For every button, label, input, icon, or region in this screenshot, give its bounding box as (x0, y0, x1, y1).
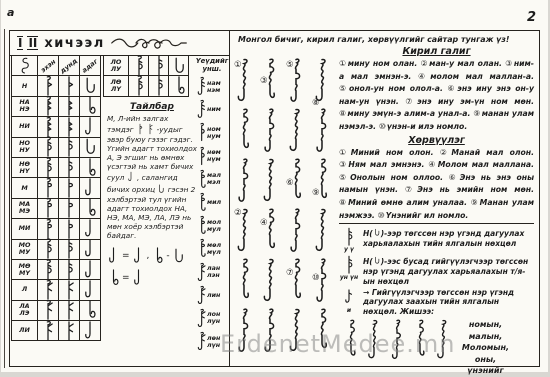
position-header-label: адаг (81, 57, 100, 74)
w2-glyph (195, 238, 207, 259)
letter-label-text: НҮ (20, 168, 30, 175)
v3-glyph (312, 108, 332, 156)
page-frame: I II хичээл эхэндундадагННАНЭНИНОНУНӨНҮМ… (9, 30, 540, 367)
v1-glyph (312, 208, 332, 256)
letter-label-text: МҮ (19, 270, 30, 277)
sentence-text: молом мал маллан-а. (430, 72, 534, 81)
syllable-word: нэм (207, 87, 221, 94)
grammar-notes: у үН()-ээр төгссөн нэр үгэнд дагуулах ха… (339, 227, 534, 316)
syllable-word: мул (207, 226, 221, 233)
v1-glyph (260, 258, 280, 306)
sOb2-glyph (342, 255, 356, 275)
syllable-text: намнэм (207, 80, 221, 94)
letter-label: ЛАЛЭ (11, 300, 38, 321)
sentence-text: Миний өмнө алим уналаа. (348, 198, 471, 207)
sentence-text: мину ном олан. (348, 59, 421, 68)
sentence-text: онол-ун ном олол-а. (349, 84, 447, 93)
sentence-text: Миний ном олон. (351, 148, 440, 157)
syllable-text: нөмнүм (207, 149, 221, 163)
letter-label-text: ЛУ (111, 66, 121, 73)
syllable-drill: Үеүдийг унш. намнэмнимномнумнөмнүммалмэл… (195, 58, 229, 353)
roman-numeral-two: II (27, 36, 38, 50)
syllable-drill-heading: Үеүдийг унш. (195, 58, 229, 73)
note-text-body: )-ээр төгссөн нэр үгэнд дагуулах харьяал… (363, 229, 524, 248)
letter-label: НИ (11, 116, 38, 137)
sentence-number: ⑤ (339, 173, 349, 182)
left-region: I II хичээл эхэндундадагННАНЭНИНОНУНӨНҮМ… (10, 31, 229, 366)
syllable-item: ним (195, 98, 229, 121)
v2-glyph (312, 158, 332, 206)
syllable-text: ланлэн (207, 265, 220, 279)
letter-row: ЛӨЛҮ (104, 76, 189, 96)
orkhits-glyph-icon (157, 183, 165, 195)
w4-glyph (195, 331, 207, 352)
sentence-number: ⑩ (379, 122, 386, 131)
sU-glyph (172, 246, 185, 266)
v2-glyph (260, 208, 280, 256)
syllable-text: малмэл (207, 172, 221, 186)
sentence-number: ① (339, 148, 350, 157)
note-text-pre: Н( (363, 229, 373, 238)
sentence-text: Ням мал эмнэнэ. (348, 160, 428, 169)
khorvuuleg-sentences: ①Миний ном олон. ②Манай мал олон. ③Ням м… (339, 147, 534, 223)
letter-table-extension: ЛОЛУЛӨЛҮ (104, 56, 189, 97)
letter-label-text: НУ (19, 147, 29, 154)
v1-glyph (286, 108, 306, 156)
w4-glyph (195, 262, 207, 283)
syllable-word: мэл (207, 179, 221, 186)
syllable-text: ним (207, 106, 221, 113)
syllable-word: лун (207, 318, 220, 325)
note-text: Н()-ээр төгссөн нэр үгэнд дагуулах харья… (363, 227, 534, 253)
letter-form-cell (128, 75, 149, 96)
sTail-glyph (83, 319, 97, 343)
sOb2-glyph (342, 227, 356, 247)
letter-table: эхэндундадагННАНЭНИНОНУНӨНҮММАМЭМИМОМУМӨ… (12, 56, 101, 341)
syllable-text: лөнлүн (207, 335, 220, 349)
syllable-word: мил (207, 199, 221, 206)
sentence-number: ④ (428, 160, 436, 169)
sufU-glyph (373, 255, 381, 267)
grammar-note: ун үнН()-ээс бусад гийгүүлэгчээр төгссөн… (339, 255, 534, 286)
syllable-word: лэн (207, 272, 220, 279)
syllable-item: малмэл (195, 168, 229, 191)
sCurl-glyph (172, 74, 186, 98)
sentence-text: ман-у мал олан. (429, 59, 505, 68)
note-text: → Гийгүүлэгчээр төгссөн нэр үгэнд дагуул… (363, 288, 534, 316)
galig-heading: Кирил галиг (339, 46, 534, 57)
w3-glyph (195, 122, 207, 143)
syllable-text: молмул (207, 219, 221, 233)
syllable-word: мол (207, 219, 221, 226)
sentence-text: Онолын ном оллоо. (350, 173, 449, 182)
braid-glyph-icon (146, 123, 154, 135)
sentence-number: ⑦ (405, 185, 416, 194)
syllable-word: лон (207, 311, 220, 318)
sentence-number: ③ (339, 160, 347, 169)
instruction-line: Монгол бичиг, кирил галиг, хөрвүүлгийг с… (230, 31, 539, 44)
v1-glyph (260, 158, 280, 206)
khorvuuleg-heading: Хөрвүүлэг (339, 135, 534, 146)
letter-label-text: Л (22, 286, 27, 293)
position-header-label: дунд (59, 57, 79, 75)
letter-label: ЛОЛУ (103, 55, 129, 76)
letter-label: НОНУ (11, 137, 38, 158)
note-text-body: → Гийгүүлэгчээр төгссөн нэр үгэнд дагуул… (363, 288, 514, 316)
w1-glyph (195, 76, 207, 97)
letter-label-text: Н (22, 83, 27, 90)
circled-number: ② (234, 208, 242, 218)
letter-label-text: МИ (19, 225, 31, 232)
letter-label: МӨМҮ (11, 259, 38, 280)
letter-row: ЛИ (12, 321, 101, 341)
syllable-item: молмул (195, 214, 229, 237)
letter-label: НАНЭ (11, 96, 38, 117)
v3-glyph (234, 158, 254, 206)
sentence-number: ⑥ (447, 84, 456, 93)
v2-glyph (234, 258, 254, 306)
sentence-number: ⑧ (339, 198, 347, 207)
roman-numeral-one: I (17, 36, 23, 50)
sufI-glyph (342, 288, 356, 308)
equation-line: =,- (107, 246, 197, 266)
note-marker-latin: и (339, 308, 359, 314)
sentence-text: мину эмүн-э алим-а унал-а. (347, 109, 473, 118)
sentence-number: ④ (418, 72, 429, 81)
letter-form-cell (79, 320, 101, 341)
letter-label: ЛӨЛҮ (103, 75, 129, 96)
syllable-text: лин (207, 292, 220, 299)
equation-line: = (107, 268, 197, 288)
letter-label-text: ЛИ (19, 327, 30, 334)
example-words: номын, малын,Моломын, оны,үнэнийг (451, 319, 534, 377)
letter-label: М (11, 177, 38, 198)
v2-glyph (286, 258, 306, 306)
watermark: ErdenetMedee.mn (220, 330, 455, 358)
note-marker: у ү (339, 227, 359, 253)
grammar-note: у үН()-ээр төгссөн нэр үгэнд дагуулах ха… (339, 227, 534, 253)
syllable-word: нүм (207, 156, 221, 163)
sentence-number: ⑤ (339, 84, 348, 93)
w4-glyph (195, 308, 207, 329)
suul-glyph-icon (127, 171, 135, 183)
example-word-line: үнэнийг (451, 365, 520, 377)
syllable-word: лүн (207, 342, 220, 349)
syllable-text: мил (207, 199, 221, 206)
letter-label-text: НЭ (19, 106, 29, 113)
note-marker-latin: у ү (339, 247, 359, 253)
sentence-number: ② (420, 59, 428, 68)
letter-form-cell (148, 75, 169, 96)
letter-form-cell (37, 320, 59, 341)
text-column: Кирил галиг ①мину ном олан. ②ман-у мал о… (339, 45, 534, 377)
letter-label-text: ЛҮ (111, 86, 121, 93)
syllable-text: номнум (207, 126, 221, 140)
sTail-glyph (132, 246, 145, 266)
scanned-textbook-page: { "page": { "number": "2", "corner_note"… (0, 0, 550, 377)
syllable-word: мал (207, 172, 221, 179)
mongol-script-column (285, 58, 306, 361)
sL2-glyph (62, 319, 76, 343)
circled-number: ⑦ (286, 268, 294, 278)
letter-label: Л (11, 279, 38, 300)
syllable-item: нөмнүм (195, 145, 229, 168)
sentence-number: ③ (505, 59, 513, 68)
syllable-word: мүл (207, 249, 221, 256)
page-number: 2 (527, 10, 536, 25)
circled-number: ① (234, 60, 242, 70)
circled-number: ⑩ (312, 273, 320, 283)
syllable-text: лонлун (207, 311, 220, 325)
syllable-word: нум (207, 133, 221, 140)
mongol-script-column (259, 58, 280, 361)
lesson-word: хичээл (44, 36, 104, 51)
w1-glyph (195, 99, 207, 120)
horn-glyph-icon (136, 123, 144, 135)
syllable-word: нам (207, 80, 221, 87)
letter-label: МАМЭ (11, 198, 38, 219)
grammar-note: и→ Гийгүүлэгчээр төгссөн нэр үгэнд дагуу… (339, 288, 534, 316)
syllable-text: мөлмүл (207, 242, 221, 256)
syllable-item: намнэм (195, 75, 229, 98)
w4-glyph (195, 285, 207, 306)
v2-glyph (234, 108, 254, 156)
explanation-paragraph-2: Үгийн адагт тохиолдох А, Э эгшиг нь өмнө… (107, 144, 197, 240)
example-word-line: Моломын, оны, (451, 342, 520, 365)
letter-form-cell (168, 75, 189, 96)
v3-glyph (286, 208, 306, 256)
circled-number: ⑨ (312, 188, 320, 198)
divider-rule (339, 223, 534, 224)
letter-label-text: НИ (19, 123, 30, 130)
syllable-item: номнум (195, 121, 229, 144)
right-region: Монгол бичиг, кирил галиг, хөрвүүлгийг с… (229, 31, 539, 366)
letter-form-cell (58, 320, 80, 341)
w2-glyph (195, 169, 207, 190)
sCurl-glyph (151, 246, 164, 266)
sentence-number: ⑩ (378, 211, 385, 220)
equation-operator: = (122, 274, 130, 283)
circled-number: ⑧ (312, 98, 320, 108)
equation-operator: = (122, 252, 130, 261)
syllable-word: мөл (207, 242, 221, 249)
circled-number: ⑤ (286, 60, 294, 70)
sentence-text: Манай мал олон. (451, 148, 534, 157)
position-header-label: эхэн (39, 57, 57, 74)
letter-label-text: МУ (19, 249, 30, 256)
syllable-word: ном (207, 126, 221, 133)
syllable-list: намнэмнимномнумнөмнүммалмэлмилмолмулмөлм… (195, 75, 229, 353)
sentence-number: ⑦ (405, 97, 416, 106)
sentence-number: ⑨ (471, 198, 479, 207)
sMf-glyph (132, 268, 145, 288)
sOb2-glyph (152, 74, 166, 98)
note-marker: и (339, 288, 359, 316)
sL1-glyph (41, 319, 55, 343)
letter-label: МИ (11, 218, 38, 239)
note-marker-latin: ун үн (339, 275, 359, 281)
syllable-word: лөн (207, 335, 220, 342)
letter-label-text: М (21, 185, 27, 192)
equation-operator: , (147, 252, 150, 261)
sentence-number: ⑧ (339, 109, 346, 118)
syllable-word: лан (207, 265, 220, 272)
note-text: Н()-ээс бусад гийгүүлэгчээр төгссөн нэр … (363, 255, 534, 286)
w3-glyph (195, 146, 207, 167)
syllable-item: ланлэн (195, 261, 229, 284)
sentence-text: Молом мал маллана. (438, 160, 534, 169)
circled-number: ④ (260, 218, 268, 228)
sMf-glyph (107, 246, 120, 266)
letter-label-text: МЭ (19, 208, 30, 215)
syllable-item: мил (195, 191, 229, 214)
ornament (110, 36, 188, 50)
circled-number: ⑥ (286, 178, 294, 188)
sufU-glyph (373, 227, 381, 239)
lesson-title: I II хичээл (10, 31, 229, 56)
sentence-number: ② (440, 148, 451, 157)
letter-label: ЛИ (11, 320, 38, 341)
circled-number: ③ (260, 76, 268, 86)
letter-equations: =,-= (107, 246, 197, 288)
handwritten-corner-note: а (7, 6, 14, 19)
letter-label: Н (11, 75, 38, 96)
sentence-number: ⑨ (473, 109, 480, 118)
v3-glyph (260, 108, 280, 156)
syllable-word: ним (207, 106, 221, 113)
syllable-item: лонлун (195, 307, 229, 330)
example-word-line: номын, малын, (451, 319, 520, 342)
sentence-text: үнэн-и илэ номло. (387, 122, 467, 131)
letter-label: НӨНҮ (11, 157, 38, 178)
letter-label-text: ЛЭ (20, 310, 30, 317)
explanation-paragraph-1: М, Л-ийн залгах тэмдэг -уудыг эвэр буюу … (107, 114, 197, 144)
sentence-number: ⑥ (449, 173, 459, 182)
explanation-block: Тайлбар М, Л-ийн залгах тэмдэг -уудыг эв… (107, 103, 197, 290)
w2-glyph (195, 192, 207, 213)
sHead-glyph (18, 56, 32, 75)
syllable-word: лин (207, 292, 220, 299)
syllable-word: нөм (207, 149, 221, 156)
sentence-text: энэ ину эм-үн ном мөн. (417, 97, 534, 106)
equation-operator: - (166, 252, 169, 261)
note-text-body: )-ээс бусад гийгүүлэгчээр төгссөн нэр үг… (363, 257, 528, 285)
syllable-item: лин (195, 284, 229, 307)
note-text-pre: Н( (363, 257, 373, 266)
w2-glyph (195, 215, 207, 236)
letter-label: МОМУ (11, 239, 38, 260)
galig-sentences: ①мину ном олан. ②ман-у мал олан. ③ним-а … (339, 58, 534, 134)
sentence-number: ① (339, 59, 347, 68)
sOb1-glyph (132, 74, 146, 98)
head-glyph-cell (11, 55, 38, 76)
explanation-heading: Тайлбар (107, 103, 197, 112)
syllable-item: мөлмүл (195, 237, 229, 260)
note-marker: ун үн (339, 255, 359, 286)
sCurl-glyph (107, 268, 120, 288)
sentence-text: Энэ нь эмийн ном мөн. (417, 185, 534, 194)
mongol-script-area: ①②③④⑤⑥⑦⑧⑨⑩ (233, 58, 337, 361)
sentence-text: Үнэнийг ил номло. (386, 211, 469, 220)
